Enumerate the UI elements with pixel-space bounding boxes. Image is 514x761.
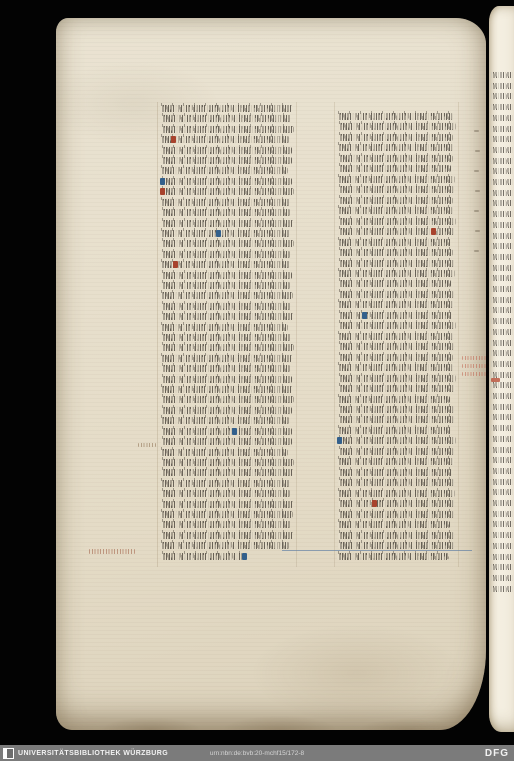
fore-edge-script-line — [491, 361, 513, 367]
script-line — [160, 292, 293, 299]
script-line — [338, 375, 456, 382]
margin-note-right-red — [462, 356, 486, 360]
column-ruling-right — [458, 102, 459, 567]
script-line — [161, 188, 294, 195]
library-branding: UNIVERSITÄTSBIBLIOTHEK WÜRZBURG — [3, 745, 168, 761]
script-line — [337, 207, 453, 214]
script-line — [160, 324, 288, 331]
fore-edge-script-line — [491, 425, 513, 431]
script-line — [160, 542, 289, 549]
fore-edge-script-line — [491, 265, 513, 271]
fore-edge-script-line — [491, 83, 513, 89]
paraph-mark-red — [173, 261, 178, 268]
script-line — [338, 406, 455, 413]
fore-edge-script-line — [491, 543, 513, 549]
fore-edge-script-line — [491, 521, 513, 527]
script-line — [161, 459, 294, 466]
script-line — [161, 313, 293, 320]
fore-edge-script-line — [491, 372, 513, 378]
script-line — [338, 448, 454, 455]
fore-edge-script-line — [491, 136, 513, 142]
script-line — [337, 396, 450, 403]
script-line — [338, 500, 455, 507]
fore-edge-script-line — [491, 586, 513, 592]
script-line — [161, 396, 294, 403]
fore-edge-script-line — [491, 447, 513, 453]
script-line — [161, 469, 293, 476]
fore-edge-script-line — [491, 340, 513, 346]
paraph-mark-blue — [160, 178, 165, 185]
fore-edge-script-line — [491, 222, 513, 228]
script-line — [337, 144, 454, 151]
fore-edge-script-line — [491, 414, 513, 420]
paraph-mark-red — [372, 500, 377, 507]
column-ruling-mid2 — [334, 102, 335, 567]
script-line — [338, 186, 455, 193]
dfg-logo: DFG — [485, 748, 509, 759]
script-line — [338, 437, 456, 444]
script-line — [160, 449, 288, 456]
script-line — [338, 354, 452, 361]
gutter-quire-marks — [475, 190, 480, 192]
script-line — [161, 240, 294, 247]
paraph-mark-blue — [216, 230, 221, 237]
gutter-quire-marks — [475, 150, 480, 152]
script-line — [337, 490, 455, 497]
fore-edge-script-line — [491, 297, 513, 303]
fore-edge-script-line — [491, 286, 513, 292]
fore-edge-script-line — [491, 168, 513, 174]
script-line — [337, 458, 454, 465]
gutter-quire-marks — [475, 230, 480, 232]
script-line — [161, 438, 291, 445]
column-ruling-mid — [296, 102, 297, 567]
fore-edge-script-line — [491, 147, 513, 153]
script-line — [338, 291, 454, 298]
script-line — [337, 364, 453, 371]
script-line — [337, 176, 455, 183]
fore-edge-script-line — [491, 307, 513, 313]
script-line — [161, 115, 291, 122]
paraph-mark-red — [431, 228, 436, 235]
margin-note-right-red — [462, 364, 486, 368]
manuscript-page — [56, 18, 486, 730]
script-line — [338, 218, 456, 225]
script-line — [338, 479, 454, 486]
fore-edge-script-line — [491, 275, 513, 281]
fore-edge-script-line — [491, 254, 513, 260]
script-line — [161, 428, 293, 435]
script-line — [337, 239, 451, 246]
library-logo-icon — [3, 748, 14, 759]
paraph-mark-blue — [242, 553, 247, 560]
script-line — [161, 334, 291, 341]
script-line — [337, 113, 453, 120]
gutter-quire-marks — [474, 170, 479, 172]
fore-edge-script-line — [491, 564, 513, 570]
script-line — [338, 134, 452, 141]
script-line — [338, 343, 455, 350]
script-line — [337, 270, 455, 277]
script-line — [161, 407, 291, 414]
script-line — [160, 167, 288, 174]
fore-edge-script-line — [491, 179, 513, 185]
fore-edge-script-line — [491, 233, 513, 239]
margin-note-right-red — [462, 372, 486, 376]
fore-edge-script-line — [491, 457, 513, 463]
fore-edge-script-line — [491, 211, 513, 217]
script-line — [161, 344, 294, 351]
script-line — [161, 490, 290, 497]
script-line — [160, 199, 290, 206]
script-line — [337, 521, 450, 528]
fore-edge-script-line — [491, 393, 513, 399]
fore-edge-script-line — [491, 72, 513, 78]
gutter-quire-marks — [474, 130, 479, 132]
text-column-right — [337, 113, 455, 563]
script-line — [160, 261, 290, 268]
column-ruling-left — [157, 102, 158, 567]
script-line — [338, 165, 451, 172]
fore-edge-script-line — [491, 200, 513, 206]
script-line — [161, 147, 293, 154]
fore-edge-script-line — [491, 532, 513, 538]
script-line — [161, 532, 293, 539]
library-name: UNIVERSITÄTSBIBLIOTHEK WÜRZBURG — [18, 750, 168, 757]
script-line — [160, 136, 289, 143]
fore-edge-script-line — [491, 190, 513, 196]
script-line — [160, 511, 293, 518]
script-line — [338, 123, 456, 130]
script-line — [338, 322, 456, 329]
script-line — [338, 155, 454, 162]
fore-edge-script-line — [491, 329, 513, 335]
script-line — [338, 511, 454, 518]
script-line — [160, 480, 290, 487]
script-line — [161, 521, 291, 528]
fore-edge-script-line — [491, 318, 513, 324]
script-line — [161, 501, 293, 508]
fore-edge-script-line — [491, 243, 513, 249]
script-line — [161, 220, 293, 227]
fore-edge-script-line — [491, 93, 513, 99]
script-line — [338, 542, 454, 549]
script-line — [337, 301, 454, 308]
paraph-mark-red — [160, 188, 165, 195]
paraph-mark-blue — [232, 428, 237, 435]
blue-rule-line — [282, 550, 472, 551]
fore-edge-script-line — [491, 575, 513, 581]
script-line — [338, 249, 454, 256]
script-line — [338, 312, 452, 319]
scan-viewport: UNIVERSITÄTSBIBLIOTHEK WÜRZBURG urn:nbn:… — [0, 0, 514, 761]
script-line — [161, 553, 243, 560]
book-fore-edge — [489, 6, 514, 732]
script-line — [160, 105, 292, 112]
fore-edge-script-line — [491, 436, 513, 442]
script-line — [161, 365, 290, 372]
script-line — [161, 209, 290, 216]
script-line — [161, 376, 291, 383]
script-line — [160, 355, 292, 362]
gutter-quire-marks — [474, 210, 479, 212]
script-line — [338, 416, 454, 423]
paraph-mark-blue — [337, 437, 342, 444]
fore-edge-script-line — [491, 126, 513, 132]
script-line — [160, 417, 289, 424]
script-line — [337, 553, 449, 560]
viewer-footer: UNIVERSITÄTSBIBLIOTHEK WÜRZBURG urn:nbn:… — [0, 745, 514, 761]
script-line — [338, 197, 452, 204]
fore-edge-script-line — [491, 350, 513, 356]
paraph-mark-red — [171, 136, 176, 143]
script-line — [161, 282, 290, 289]
fore-edge-script-line — [491, 489, 513, 495]
fore-edge-rubric-mark — [491, 378, 500, 382]
script-line — [161, 126, 294, 133]
script-line — [338, 228, 455, 235]
script-line — [160, 386, 292, 393]
fore-edge-script-line — [491, 115, 513, 121]
urn-label: urn:nbn:de:bvb:20-mchf15/172-8 — [210, 750, 304, 757]
script-line — [161, 157, 291, 164]
gutter-quire-marks — [474, 250, 479, 252]
script-line — [161, 272, 293, 279]
script-line — [338, 260, 455, 267]
script-line — [338, 532, 455, 539]
fore-edge-script-line — [491, 479, 513, 485]
script-line — [161, 303, 291, 310]
script-line — [337, 333, 453, 340]
fore-edge-script-line — [491, 554, 513, 560]
fore-edge-script-line — [491, 468, 513, 474]
fore-edge-script-line — [491, 158, 513, 164]
fore-edge-script-line — [491, 104, 513, 110]
script-line — [160, 230, 290, 237]
text-column-left — [160, 105, 293, 563]
fore-edge-script-line — [491, 404, 513, 410]
paraph-mark-blue — [362, 312, 367, 319]
margin-note-left — [138, 443, 156, 447]
fore-edge-script-line — [491, 511, 513, 517]
margin-note-bottom-left — [89, 549, 135, 554]
fore-edge-script-line — [491, 500, 513, 506]
fore-edge-script-line — [491, 382, 513, 388]
script-line — [337, 427, 451, 434]
script-line — [338, 469, 452, 476]
script-line — [161, 251, 290, 258]
script-line — [338, 280, 451, 287]
script-line — [338, 385, 455, 392]
script-line — [161, 178, 293, 185]
